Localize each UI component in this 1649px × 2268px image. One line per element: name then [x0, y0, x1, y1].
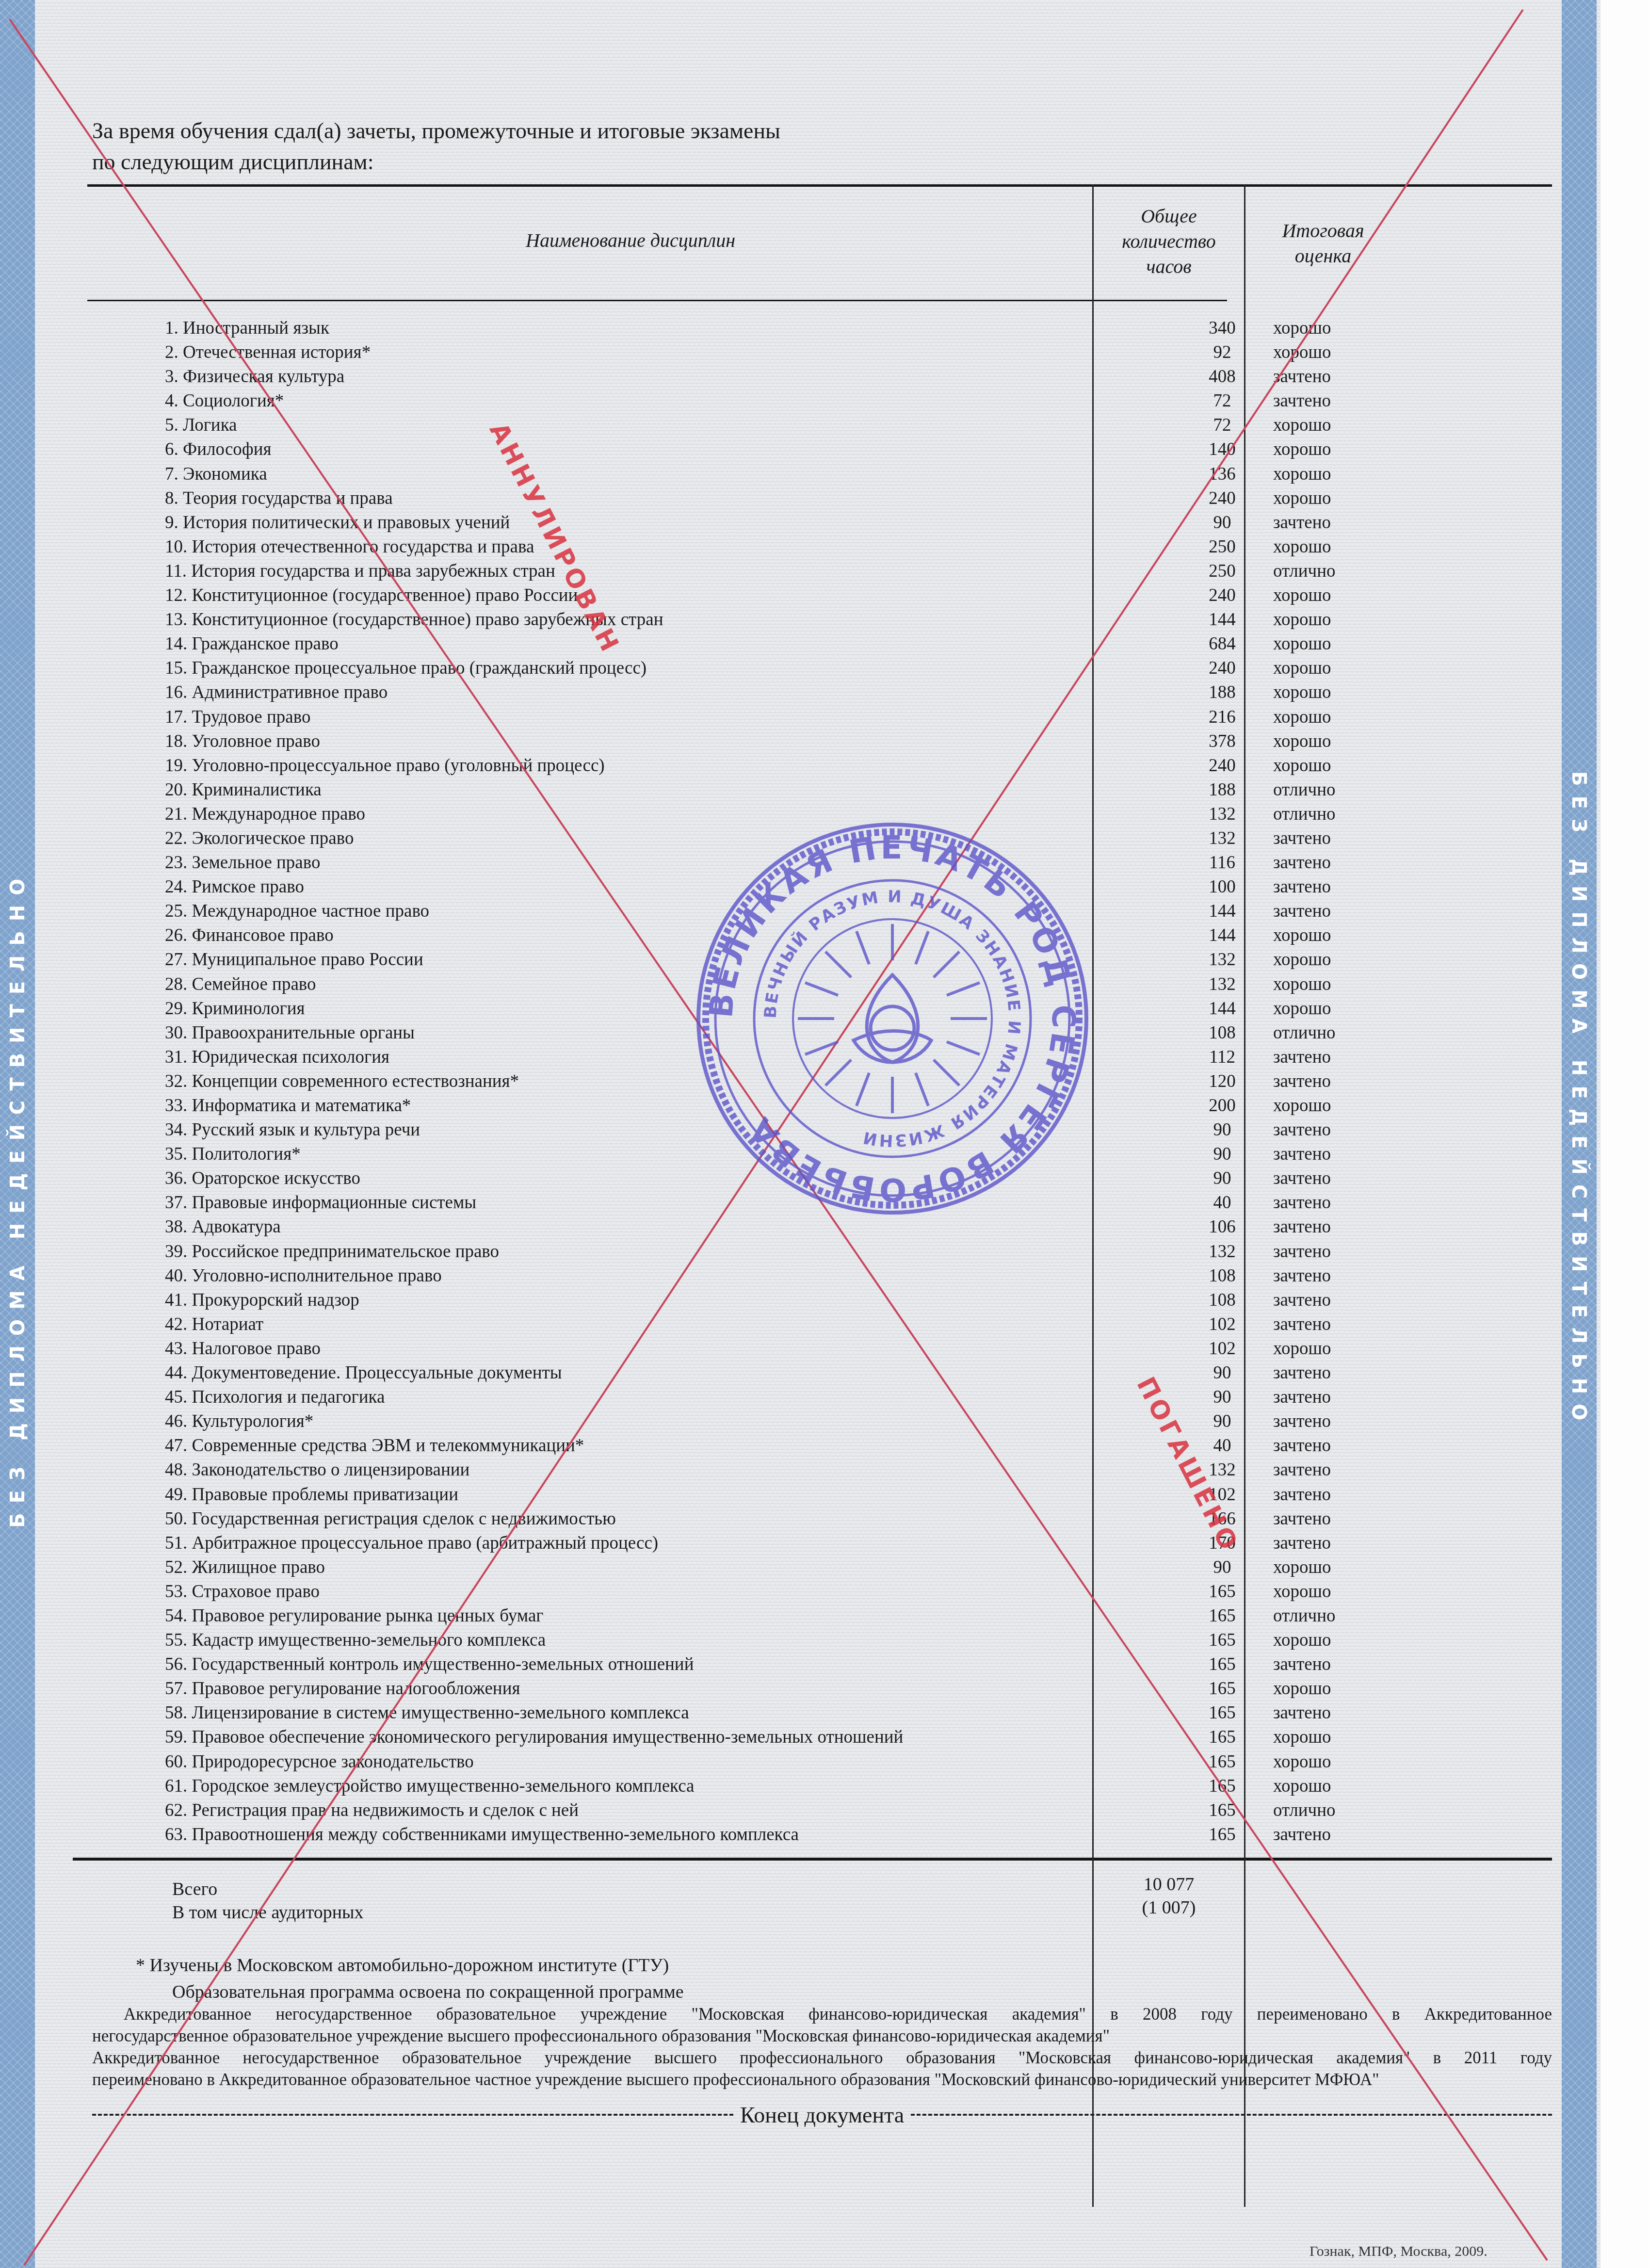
discipline-hours: 112 — [1164, 1045, 1280, 1069]
discipline-hours: 165 — [1164, 1677, 1280, 1701]
discipline-grade: зачтено — [1273, 365, 1331, 389]
discipline-grade: хорошо — [1273, 1774, 1331, 1798]
discipline-grade: хорошо — [1273, 1677, 1331, 1701]
table-row: 47. Современные средства ЭВМ и телекомму… — [165, 1434, 1571, 1458]
discipline-hours: 144 — [1164, 608, 1280, 632]
discipline-grade: хорошо — [1273, 413, 1331, 437]
header-total-hours: Общее количество часов — [1094, 204, 1244, 279]
discipline-name: 25. Международное частное право — [165, 899, 429, 923]
discipline-name: 15. Гражданское процессуальное право (гр… — [165, 656, 647, 680]
discipline-hours: 90 — [1164, 1166, 1280, 1191]
discipline-hours: 240 — [1164, 583, 1280, 608]
intro-line-1: За время обучения сдал(а) зачеты, промеж… — [92, 115, 780, 146]
table-row: 63. Правоотношения между собственниками … — [165, 1823, 1571, 1847]
discipline-grade: отлично — [1273, 559, 1335, 583]
discipline-name: 59. Правовое обеспечение экономического … — [165, 1725, 903, 1750]
table-row: 57. Правовое регулирование налогообложен… — [165, 1677, 1571, 1701]
discipline-hours: 165 — [1164, 1823, 1280, 1847]
discipline-name: 57. Правовое регулирование налогообложен… — [165, 1677, 520, 1701]
discipline-name: 58. Лицензирование в системе имущественн… — [165, 1701, 689, 1725]
table-row: 5. Логика72хорошо — [165, 413, 1571, 437]
discipline-hours: 165 — [1164, 1580, 1280, 1604]
discipline-hours: 144 — [1164, 899, 1280, 923]
sunburst-icon — [798, 924, 987, 1113]
dashed-rule-left — [92, 2114, 733, 2116]
table-row: 55. Кадастр имущественно-земельного комп… — [165, 1628, 1571, 1652]
discipline-name: 26. Финансовое право — [165, 923, 334, 948]
discipline-hours: 240 — [1164, 656, 1280, 680]
discipline-hours: 100 — [1164, 875, 1280, 899]
discipline-hours: 165 — [1164, 1798, 1280, 1823]
asterisk-note: * Изучены в Московском автомобильно-доро… — [136, 1955, 669, 1976]
discipline-grade: зачтено — [1273, 1434, 1331, 1458]
discipline-name: 52. Жилищное право — [165, 1555, 325, 1580]
discipline-name: 29. Криминология — [165, 997, 305, 1021]
discipline-name: 54. Правовое регулирование рынка ценных … — [165, 1604, 544, 1628]
discipline-name: 22. Экологическое право — [165, 826, 354, 851]
discipline-name: 37. Правовые информационные системы — [165, 1191, 476, 1215]
discipline-name: 55. Кадастр имущественно-земельного комп… — [165, 1628, 546, 1652]
discipline-name: 7. Экономика — [165, 462, 267, 486]
table-row: 16. Административное право188хорошо — [165, 680, 1571, 705]
total-value: 10 077 — [1094, 1872, 1244, 1896]
discipline-name: 17. Трудовое право — [165, 705, 310, 729]
discipline-name: 47. Современные средства ЭВМ и телекомму… — [165, 1434, 584, 1458]
discipline-name: 2. Отечественная история* — [165, 340, 371, 365]
discipline-hours: 90 — [1164, 1385, 1280, 1409]
discipline-name: 12. Конституционное (государственное) пр… — [165, 583, 578, 608]
table-row: 51. Арбитражное процессуальное право (ар… — [165, 1531, 1571, 1555]
discipline-grade: зачтено — [1273, 1361, 1331, 1385]
discipline-name: 16. Административное право — [165, 680, 388, 705]
table-row: 44. Документоведение. Процессуальные док… — [165, 1361, 1571, 1385]
table-row: 17. Трудовое право216хорошо — [165, 705, 1571, 729]
intro-heading: За время обучения сдал(а) зачеты, промеж… — [92, 115, 780, 178]
discipline-grade: хорошо — [1273, 1094, 1331, 1118]
discipline-grade: зачтено — [1273, 1264, 1331, 1288]
discipline-hours: 108 — [1164, 1021, 1280, 1045]
discipline-hours: 132 — [1164, 948, 1280, 972]
discipline-name: 39. Российское предпринимательское право — [165, 1240, 499, 1264]
discipline-name: 49. Правовые проблемы приватизации — [165, 1483, 458, 1507]
program-note: Образовательная программа освоена по сок… — [172, 1981, 684, 2003]
table-row: 50. Государственная регистрация сделок с… — [165, 1507, 1571, 1531]
intro-line-2: по следующим дисциплинам: — [92, 146, 780, 178]
table-row: 43. Налоговое право102хорошо — [165, 1337, 1571, 1361]
table-row: 56. Государственный контроль имущественн… — [165, 1652, 1571, 1677]
discipline-name: 5. Логика — [165, 413, 237, 437]
discipline-name: 56. Государственный контроль имущественн… — [165, 1652, 694, 1677]
discipline-name: 27. Муниципальное право России — [165, 948, 423, 972]
table-row: 62. Регистрация прав на недвижимость и с… — [165, 1798, 1571, 1823]
discipline-hours: 144 — [1164, 997, 1280, 1021]
discipline-grade: хорошо — [1273, 583, 1331, 608]
totals-rule — [73, 1858, 1552, 1861]
discipline-hours: 108 — [1164, 1264, 1280, 1288]
discipline-grade: зачтено — [1273, 1507, 1331, 1531]
discipline-grade: хорошо — [1273, 680, 1331, 705]
header-discipline: Наименование дисциплин — [339, 228, 921, 253]
discipline-name: 36. Ораторское искусство — [165, 1166, 360, 1191]
discipline-hours: 684 — [1164, 632, 1280, 656]
discipline-grade: зачтено — [1273, 1191, 1331, 1215]
svg-text:ВЕЛИКАЯ ПЕЧАТЬ РОД СЕРГЕЯ ВОРО: ВЕЛИКАЯ ПЕЧАТЬ РОД СЕРГЕЯ ВОРОБЬЕВА — [702, 829, 1082, 1208]
discipline-name: 24. Римское право — [165, 875, 304, 899]
discipline-grade: зачтено — [1273, 1385, 1331, 1409]
discipline-grade: хорошо — [1273, 340, 1331, 365]
discipline-name: 30. Правоохранительные органы — [165, 1021, 415, 1045]
total-label: Всего — [172, 1877, 217, 1901]
discipline-name: 4. Социология* — [165, 389, 284, 413]
table-row: 42. Нотариат102зачтено — [165, 1312, 1571, 1337]
discipline-name: 38. Адвокатура — [165, 1215, 281, 1239]
discipline-grade: зачтено — [1273, 1823, 1331, 1847]
discipline-name: 3. Физическая культура — [165, 365, 344, 389]
table-row: 49. Правовые проблемы приватизации102зач… — [165, 1483, 1571, 1507]
discipline-hours: 165 — [1164, 1774, 1280, 1798]
table-row: 13. Конституционное (государственное) пр… — [165, 608, 1571, 632]
discipline-grade: хорошо — [1273, 705, 1331, 729]
discipline-name: 42. Нотариат — [165, 1312, 263, 1337]
discipline-grade: хорошо — [1273, 923, 1331, 948]
discipline-hours: 132 — [1164, 826, 1280, 851]
discipline-name: 33. Информатика и математика* — [165, 1094, 411, 1118]
classroom-value: (1 007) — [1094, 1895, 1244, 1920]
discipline-name: 40. Уголовно-исполнительное право — [165, 1264, 442, 1288]
discipline-name: 8. Теория государства и права — [165, 486, 393, 511]
discipline-hours: 240 — [1164, 486, 1280, 511]
discipline-name: 23. Земельное право — [165, 851, 321, 875]
discipline-hours: 40 — [1164, 1191, 1280, 1215]
discipline-grade: хорошо — [1273, 948, 1331, 972]
table-row: 20. Криминалистика188отлично — [165, 778, 1571, 802]
discipline-grade: хорошо — [1273, 1337, 1331, 1361]
discipline-grade: зачтено — [1273, 1312, 1331, 1337]
discipline-grade: хорошо — [1273, 656, 1331, 680]
discipline-grade: отлично — [1273, 1604, 1335, 1628]
header-bottom-rule — [87, 300, 1227, 301]
discipline-name: 62. Регистрация прав на недвижимость и с… — [165, 1798, 579, 1823]
discipline-grade: зачтено — [1273, 875, 1331, 899]
discipline-name: 63. Правоотношения между собственниками … — [165, 1823, 799, 1847]
discipline-grade: хорошо — [1273, 754, 1331, 778]
discipline-name: 48. Законодательство о лицензировании — [165, 1458, 469, 1482]
discipline-grade: зачтено — [1273, 851, 1331, 875]
seal-outer-text: ВЕЛИКАЯ ПЕЧАТЬ РОД СЕРГЕЯ ВОРОБЬЕВА — [702, 829, 1082, 1208]
discipline-name: 31. Юридическая психология — [165, 1045, 389, 1069]
round-seal-stamp: ВЕЛИКАЯ ПЕЧАТЬ РОД СЕРГЕЯ ВОРОБЬЕВА ВЕЧН… — [694, 820, 1091, 1217]
discipline-hours: 188 — [1164, 778, 1280, 802]
discipline-name: 35. Политология* — [165, 1142, 301, 1166]
discipline-grade: хорошо — [1273, 462, 1331, 486]
table-row: 54. Правовое регулирование рынка ценных … — [165, 1604, 1571, 1628]
table-row: 11. История государства и права зарубежн… — [165, 559, 1571, 583]
discipline-hours: 136 — [1164, 462, 1280, 486]
discipline-grade: зачтено — [1273, 1166, 1331, 1191]
discipline-grade: зачтено — [1273, 1288, 1331, 1312]
table-row: 46. Культурология*90зачтено — [165, 1409, 1571, 1434]
discipline-hours: 140 — [1164, 437, 1280, 462]
discipline-name: 45. Психология и педагогика — [165, 1385, 385, 1409]
discipline-grade: зачтено — [1273, 1652, 1331, 1677]
discipline-name: 20. Криминалистика — [165, 778, 322, 802]
discipline-grade: зачтено — [1273, 1069, 1331, 1094]
discipline-grade: зачтено — [1273, 1409, 1331, 1434]
discipline-hours: 165 — [1164, 1628, 1280, 1652]
discipline-hours: 216 — [1164, 705, 1280, 729]
discipline-name: 44. Документоведение. Процессуальные док… — [165, 1361, 562, 1385]
table-row: 15. Гражданское процессуальное право (гр… — [165, 656, 1571, 680]
table-row: 3. Физическая культура408зачтено — [165, 365, 1571, 389]
discipline-grade: зачтено — [1273, 1142, 1331, 1166]
discipline-grade: зачтено — [1273, 1118, 1331, 1142]
discipline-grade: зачтено — [1273, 1483, 1331, 1507]
table-row: 8. Теория государства и права240хорошо — [165, 486, 1571, 511]
discipline-hours: 90 — [1164, 511, 1280, 535]
table-row: 61. Городское землеустройство имуществен… — [165, 1774, 1571, 1798]
discipline-name: 51. Арбитражное процессуальное право (ар… — [165, 1531, 658, 1555]
discipline-grade: хорошо — [1273, 535, 1331, 559]
discipline-name: 61. Городское землеустройство имуществен… — [165, 1774, 694, 1798]
classroom-label: В том числе аудиторных — [172, 1900, 364, 1925]
triquetra-icon — [854, 975, 931, 1062]
discipline-grade: зачтено — [1273, 1215, 1331, 1239]
discipline-name: 9. История политических и правовых учени… — [165, 511, 510, 535]
discipline-grade: хорошо — [1273, 486, 1331, 511]
table-row: 9. История политических и правовых учени… — [165, 511, 1571, 535]
discipline-grade: отлично — [1273, 778, 1335, 802]
discipline-hours: 340 — [1164, 316, 1280, 340]
table-row: 12. Конституционное (государственное) пр… — [165, 583, 1571, 608]
header-final-grade: Итоговая оценка — [1245, 218, 1401, 269]
discipline-name: 41. Прокурорский надзор — [165, 1288, 359, 1312]
discipline-grade: хорошо — [1273, 1580, 1331, 1604]
discipline-grade: зачтено — [1273, 1531, 1331, 1555]
table-row: 39. Российское предпринимательское право… — [165, 1240, 1571, 1264]
discipline-grade: отлично — [1273, 1798, 1335, 1823]
rename-2011-line2: переименовано в Аккредитованное образова… — [92, 2069, 1379, 2090]
discipline-name: 28. Семейное право — [165, 972, 316, 997]
table-row: 58. Лицензирование в системе имущественн… — [165, 1701, 1571, 1725]
table-row: 60. Природоресурсное законодательство165… — [165, 1750, 1571, 1774]
discipline-name: 19. Уголовно-процессуальное право (уголо… — [165, 754, 605, 778]
discipline-name: 60. Природоресурсное законодательство — [165, 1750, 474, 1774]
discipline-grade: хорошо — [1273, 729, 1331, 754]
discipline-hours: 102 — [1164, 1337, 1280, 1361]
discipline-name: 34. Русский язык и культура речи — [165, 1118, 420, 1142]
discipline-grade: отлично — [1273, 802, 1335, 826]
discipline-hours: 165 — [1164, 1604, 1280, 1628]
discipline-name: 6. Философия — [165, 437, 272, 462]
discipline-hours: 132 — [1164, 972, 1280, 997]
discipline-grade: отлично — [1273, 1021, 1335, 1045]
table-top-rule — [87, 184, 1552, 187]
table-row: 52. Жилищное право90хорошо — [165, 1555, 1571, 1580]
discipline-name: 10. История отечественного государства и… — [165, 535, 534, 559]
discipline-hours: 92 — [1164, 340, 1280, 365]
side-banner-left: БЕЗ ДИПЛОМА НЕДЕЙСТВИТЕЛЬНО — [7, 869, 29, 1528]
dashed-rule-right — [911, 2114, 1552, 2116]
discipline-grade: хорошо — [1273, 1628, 1331, 1652]
discipline-hours: 250 — [1164, 559, 1280, 583]
end-of-document-label: Конец документа — [733, 2102, 911, 2128]
discipline-hours: 165 — [1164, 1652, 1280, 1677]
discipline-grade: хорошо — [1273, 997, 1331, 1021]
discipline-hours: 165 — [1164, 1750, 1280, 1774]
discipline-grade: хорошо — [1273, 437, 1331, 462]
discipline-hours: 108 — [1164, 1288, 1280, 1312]
discipline-name: 53. Страховое право — [165, 1580, 320, 1604]
discipline-hours: 102 — [1164, 1312, 1280, 1337]
rename-2011-line1: Аккредитованное негосударственное образо… — [92, 2047, 1552, 2069]
discipline-name: 11. История государства и права зарубежн… — [165, 559, 555, 583]
discipline-hours: 165 — [1164, 1701, 1280, 1725]
print-imprint: Гознак, МПФ, Москва, 2009. — [1309, 2243, 1487, 2260]
table-row: 48. Законодательство о лицензировании132… — [165, 1458, 1571, 1482]
table-row: 4. Социология*72зачтено — [165, 389, 1571, 413]
discipline-hours: 144 — [1164, 923, 1280, 948]
discipline-name: 43. Налоговое право — [165, 1337, 321, 1361]
discipline-hours: 378 — [1164, 729, 1280, 754]
discipline-grade: хорошо — [1273, 632, 1331, 656]
discipline-grade: зачтено — [1273, 1240, 1331, 1264]
discipline-name: 46. Культурология* — [165, 1409, 313, 1434]
discipline-grade: хорошо — [1273, 1725, 1331, 1750]
discipline-name: 21. Международное право — [165, 802, 365, 826]
discipline-grade: хорошо — [1273, 972, 1331, 997]
discipline-hours: 408 — [1164, 365, 1280, 389]
table-row: 41. Прокурорский надзор108зачтено — [165, 1288, 1571, 1312]
rename-2008-line1: Аккредитованное негосударственное образо… — [124, 2003, 1552, 2025]
discipline-hours: 90 — [1164, 1555, 1280, 1580]
table-row: 18. Уголовное право378хорошо — [165, 729, 1571, 754]
table-row: 40. Уголовно-исполнительное право108зачт… — [165, 1264, 1571, 1288]
discipline-name: 18. Уголовное право — [165, 729, 320, 754]
discipline-grade: хорошо — [1273, 316, 1331, 340]
discipline-grade: хорошо — [1273, 1555, 1331, 1580]
discipline-hours: 250 — [1164, 535, 1280, 559]
discipline-grade: хорошо — [1273, 1750, 1331, 1774]
table-row: 2. Отечественная история*92хорошо — [165, 340, 1571, 365]
rename-2008-line2: негосударственное образовательное учрежд… — [92, 2025, 1110, 2047]
discipline-hours: 116 — [1164, 851, 1280, 875]
table-row: 53. Страховое право165хорошо — [165, 1580, 1571, 1604]
discipline-hours: 90 — [1164, 1142, 1280, 1166]
discipline-hours: 240 — [1164, 754, 1280, 778]
discipline-hours: 90 — [1164, 1118, 1280, 1142]
table-row: 59. Правовое обеспечение экономического … — [165, 1725, 1571, 1750]
discipline-name: 50. Государственная регистрация сделок с… — [165, 1507, 616, 1531]
discipline-hours: 72 — [1164, 413, 1280, 437]
discipline-hours: 120 — [1164, 1069, 1280, 1094]
discipline-hours: 132 — [1164, 802, 1280, 826]
discipline-grade: зачтено — [1273, 1458, 1331, 1482]
discipline-hours: 132 — [1164, 1240, 1280, 1264]
discipline-hours: 72 — [1164, 389, 1280, 413]
table-row: 45. Психология и педагогика90зачтено — [165, 1385, 1571, 1409]
discipline-hours: 90 — [1164, 1361, 1280, 1385]
table-row: 38. Адвокатура106зачтено — [165, 1215, 1571, 1239]
discipline-name: 32. Концепции современного естествознани… — [165, 1069, 519, 1094]
table-row: 10. История отечественного государства и… — [165, 535, 1571, 559]
table-row: 7. Экономика136хорошо — [165, 462, 1571, 486]
discipline-grade: зачтено — [1273, 899, 1331, 923]
discipline-name: 1. Иностранный язык — [165, 316, 329, 340]
discipline-grade: зачтено — [1273, 1045, 1331, 1069]
discipline-grade: зачтено — [1273, 1701, 1331, 1725]
discipline-name: 14. Гражданское право — [165, 632, 339, 656]
table-row: 1. Иностранный язык340хорошо — [165, 316, 1571, 340]
discipline-hours: 106 — [1164, 1215, 1280, 1239]
discipline-hours: 200 — [1164, 1094, 1280, 1118]
discipline-grade: зачтено — [1273, 826, 1331, 851]
discipline-grade: зачтено — [1273, 389, 1331, 413]
end-of-document-line: Конец документа — [92, 2100, 1552, 2129]
discipline-hours: 165 — [1164, 1725, 1280, 1750]
table-row: 19. Уголовно-процессуальное право (уголо… — [165, 754, 1571, 778]
table-row: 14. Гражданское право684хорошо — [165, 632, 1571, 656]
discipline-grade: хорошо — [1273, 608, 1331, 632]
security-band-left: БЕЗ ДИПЛОМА НЕДЕЙСТВИТЕЛЬНО — [0, 0, 35, 2268]
table-row: 6. Философия140хорошо — [165, 437, 1571, 462]
discipline-grade: зачтено — [1273, 511, 1331, 535]
discipline-hours: 188 — [1164, 680, 1280, 705]
